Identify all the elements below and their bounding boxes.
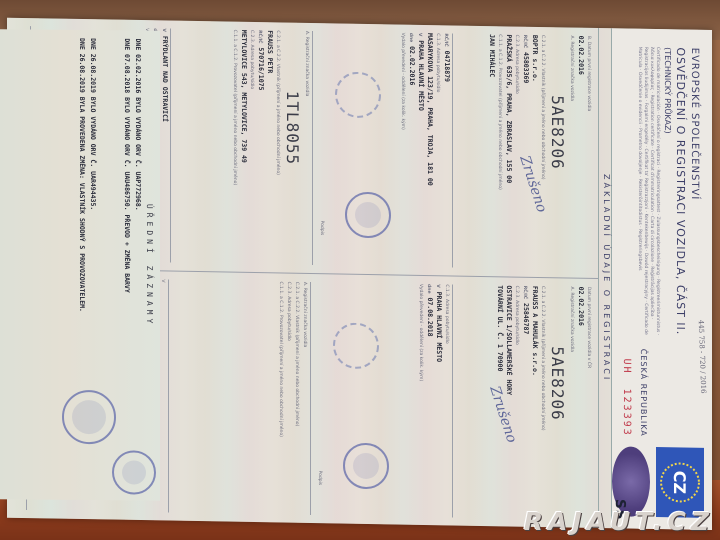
label-operator: C.1.1. a C.1.2. Provozovatel (příjmení a… bbox=[497, 34, 502, 268]
first-reg-date: 02.02.2016 bbox=[577, 287, 585, 520]
city-row: V PRAHA HLAVNÍ MĚSTO bbox=[417, 33, 425, 267]
stamp-placeholder-icon bbox=[333, 322, 379, 369]
label-address: C.2.3. Adresa pobytu/sídlo bbox=[514, 35, 519, 269]
reg-date: 02.02.2016 bbox=[408, 46, 416, 85]
owner-name: BOPTR s.r.o. bbox=[531, 35, 539, 269]
reg-date: 07.08.2018 bbox=[426, 297, 434, 336]
owner-id: 45803369 bbox=[522, 52, 530, 83]
country-name: ČESKÁ REPUBLIKA bbox=[639, 349, 648, 437]
owner-id-row: RČ/IČ 25846787 bbox=[522, 286, 530, 519]
owner-name: FRAUSS A MAHULÁK s.r.o. bbox=[531, 286, 539, 519]
owner-address: METYLOVICE 543, METYLOVICE, 739 49 bbox=[240, 30, 248, 264]
date-row: dne 02.02.2016 bbox=[408, 33, 416, 267]
section-title: ZÁKLADNÍ ÚDAJE O REGISTRACI bbox=[598, 28, 612, 528]
registration-block-1: B. Datum první registrace vozidla 02.02.… bbox=[452, 33, 591, 269]
reg-city: PRAHA HLAVNÍ MĚSTO bbox=[417, 40, 425, 111]
record-line: DNE 02.02.2016 BYLO VYDÁNO ORV Č. UAP772… bbox=[134, 38, 142, 500]
label-in: V bbox=[161, 28, 166, 32]
operator-id-row: RČ/IČ 04718879 bbox=[443, 33, 451, 267]
owner-name: FRAUSS PETR bbox=[266, 30, 274, 264]
label-issued-by: Vydalo převedení - oddělení (za kolik. k… bbox=[418, 284, 423, 517]
label-owner: C.2.1. a C.2.2. Vlastník (příjmení a jmé… bbox=[275, 30, 280, 264]
eu-stars-icon bbox=[660, 462, 700, 503]
prague-stamp-icon bbox=[343, 443, 389, 490]
registration-block-4: A. Registrační značka vozidla C.2.1. a C… bbox=[168, 280, 307, 515]
label-issued-by: Vydalo převedení - oddělení (za kolik. k… bbox=[400, 33, 405, 267]
title-line-2: OSVĚDČENÍ O REGISTRACI VOZIDLA, ČÁST II. bbox=[674, 47, 687, 427]
city-office-stamp-icon bbox=[62, 390, 116, 444]
record-line: DNE 07.08.2018 BYLO VYDÁNO ORV Č. UAU486… bbox=[123, 38, 131, 500]
label-address: C.2.3. Adresa pobytu/sídlo bbox=[249, 30, 254, 264]
owner-address: PRAŽSKÁ 635/6, PRAHA, ZBRASLAV, 155 00 bbox=[505, 34, 513, 268]
label-address: C.2.3. Adresa pobytu/sídlo bbox=[514, 286, 519, 519]
serial-number: UH123393 bbox=[621, 358, 632, 436]
registration-block-2: Datum první registrace vozidla v ČR 02.0… bbox=[452, 284, 591, 519]
owner-id-row: RČ/IČ 570716/1075 bbox=[257, 30, 265, 264]
label-operator: C.1.1. a C.1.2. Provozovatel (příjmení a… bbox=[278, 281, 283, 514]
label-plate: A. Registrační značka vozidla bbox=[569, 36, 574, 270]
label-operator: C.1.1. a C.1.2. Provozovatel (příjmení a… bbox=[232, 30, 237, 264]
label-owner: C.2.1. a C.2.2. Vlastník (příjmení a jmé… bbox=[540, 35, 545, 269]
label-date: dne bbox=[426, 284, 431, 294]
operator-name: JAN MIHÁLEC bbox=[488, 34, 496, 268]
owner-id-row: RČ/IČ 45803369 bbox=[522, 35, 530, 269]
prague-stamp-icon bbox=[112, 450, 156, 494]
reg-city: PRAHA HLAVNÍ MĚSTO bbox=[435, 292, 443, 363]
label-first-reg: B. Datum první registrace vozidla bbox=[586, 36, 591, 270]
label-in: V bbox=[160, 279, 165, 512]
label-id: RČ/IČ bbox=[443, 33, 448, 46]
stamp-placeholder-icon bbox=[335, 71, 381, 118]
label-op-address: C.1.3. Adresa pobytu/sídlo bbox=[444, 284, 449, 517]
owner-id: 570716/1075 bbox=[257, 47, 265, 90]
document-photo: CZ EVROPSKÉ SPOLEČENSTVÍ OSVĚDČENÍ O REG… bbox=[0, 0, 720, 540]
label-plate: A. Registrační značka vozidla bbox=[302, 282, 307, 515]
date-row: dne 07.08.2018 bbox=[426, 284, 434, 517]
label-in: V bbox=[435, 284, 440, 288]
official-records-section: ÚŘEDNÍ ZÁZNAMY DNE 02.02.2016 BYLO VYDÁN… bbox=[0, 29, 160, 500]
multilingual-fine-print: Certificado de matriculación · Osvědčení… bbox=[636, 47, 660, 347]
label-address: C.2.3. Adresa pobytu/sídlo bbox=[286, 282, 291, 515]
label-id: RČ/IČ bbox=[257, 30, 262, 43]
label-in: V bbox=[417, 33, 422, 37]
site-watermark: RAJAUT.CZ bbox=[524, 507, 714, 536]
serial-prefix: UH bbox=[621, 358, 632, 374]
label-id: RČ/IČ bbox=[522, 286, 527, 299]
label-date: dne bbox=[408, 33, 413, 43]
city-row: V FRÝDLANT NAD OSTRAVICÍ bbox=[161, 28, 169, 262]
title-line-3: (TECHNICKÝ PRŮKAZ) bbox=[663, 47, 672, 427]
label-owner: C.2.1. a C.2.2. Vlastník (příjmení a jmé… bbox=[294, 282, 299, 515]
plate-number: 5AE8206 bbox=[548, 346, 567, 519]
label-signature: Podpis bbox=[317, 470, 322, 485]
first-reg-date: 02.02.2016 bbox=[577, 36, 585, 270]
label-plate: A. Registrační značka vozidla bbox=[304, 31, 309, 265]
label-first-reg-cz: Datum první registrace vozidla v ČR bbox=[586, 287, 591, 520]
reg-city: FRÝDLANT NAD OSTRAVICÍ bbox=[161, 36, 169, 122]
registration-block-1b: RČ/IČ 04718879 C.1.3. Adresa pobytu/sídl… bbox=[312, 31, 451, 267]
plate-number: 5AE8206 bbox=[548, 95, 567, 269]
label-owner: C.2.1. a C.2.2. Vlastník (příjmení a jmé… bbox=[540, 286, 545, 519]
label-plate: A. Registrační značka vozidla bbox=[569, 287, 574, 520]
city-row: V PRAHA HLAVNÍ MĚSTO bbox=[435, 284, 443, 517]
label-signature: Podpis bbox=[319, 221, 324, 236]
plate-number: 1TL8055 bbox=[283, 91, 302, 265]
registration-block-2b: C.1.3. Adresa pobytu/sídlo V PRAHA HLAVN… bbox=[310, 282, 449, 517]
serial-value: 123393 bbox=[621, 388, 632, 436]
operator-address: MASARYKOVA 123/19, PRAHA, TROJA, 181 00 bbox=[426, 33, 434, 267]
owner-id: 25846787 bbox=[522, 303, 530, 334]
label-id: RČ/IČ bbox=[522, 35, 527, 48]
records-title: ÚŘEDNÍ ZÁZNAMY bbox=[145, 31, 154, 501]
operator-id: 04718879 bbox=[443, 51, 451, 82]
registration-block-3: A. Registrační značka vozidla 1TL8055 C.… bbox=[170, 29, 309, 265]
certificate-header: CZ EVROPSKÉ SPOLEČENSTVÍ OSVĚDČENÍ O REG… bbox=[612, 28, 712, 530]
label-op-address: C.1.3. Adresa pobytu/sídlo bbox=[435, 33, 440, 267]
prague-stamp-icon bbox=[345, 192, 391, 239]
